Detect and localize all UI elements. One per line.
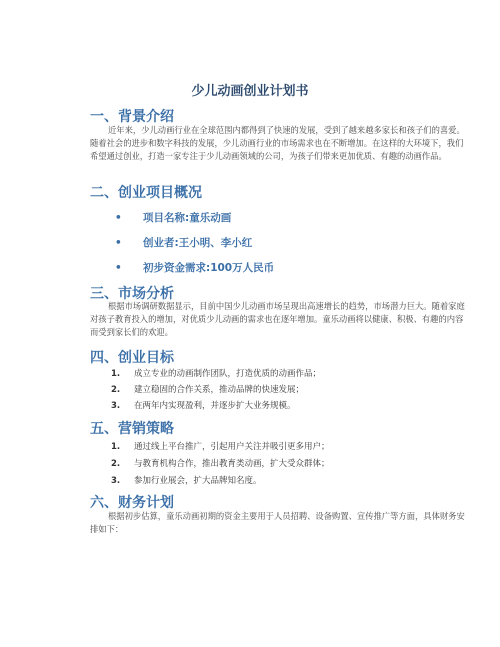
section-paragraph-market-analysis: 根据市场调研数据显示，目前中国少儿动画市场呈现出高速增长的趋势，市场潜力巨大。随… <box>90 300 465 339</box>
bullet-text: 项目名称:童乐动画 <box>143 212 231 224</box>
list-text: 与教育机构合作，推出教育类动画，扩大受众群体； <box>134 459 330 469</box>
list-number: 3. <box>111 476 134 486</box>
list-item: 1.成立专业的动画制作团队，打造优质的动画作品； <box>111 367 321 379</box>
section-heading-finance: 六、财务计划 <box>90 492 174 512</box>
list-item: •创业者:王小明、李小红 <box>115 235 252 250</box>
list-number: 3. <box>111 401 134 411</box>
list-text: 成立专业的动画制作团队，打造优质的动画作品； <box>134 369 321 379</box>
list-item: 2.建立稳固的合作关系，推动品牌的快速发展； <box>111 383 304 395</box>
section-heading-project-overview: 二、创业项目概况 <box>90 182 202 202</box>
list-item: 3.在两年内实现盈利，并逐步扩大业务规模。 <box>111 399 296 411</box>
bullet-text: 初步资金需求:100万人民币 <box>143 262 274 274</box>
bullet-text: 创业者:王小明、李小红 <box>143 237 252 249</box>
section-paragraph-background: 近年来，少儿动画行业在全球范围内都得到了快速的发展，受到了越来越多家长和孩子们的… <box>90 124 465 163</box>
section-heading-background: 一、背景介绍 <box>90 106 174 126</box>
list-number: 2. <box>111 385 134 395</box>
bullet-icon: • <box>115 237 143 249</box>
bullet-icon: • <box>115 212 143 224</box>
list-item: •初步资金需求:100万人民币 <box>115 260 274 275</box>
section-paragraph-finance: 根据初步估算，童乐动画初期的资金主要用于人员招聘、设备购置、宣传推广等方面，具体… <box>90 510 465 536</box>
list-item: •项目名称:童乐动画 <box>115 210 231 225</box>
section-heading-marketing: 五、营销策略 <box>90 418 174 438</box>
section-heading-goals: 四、创业目标 <box>90 347 174 367</box>
list-number: 2. <box>111 459 134 469</box>
list-text: 参加行业展会，扩大品牌知名度。 <box>134 476 262 486</box>
list-item: 1.通过线上平台推广，引起用户关注并吸引更多用户； <box>111 440 330 452</box>
document-page: 少儿动画创业计划书 一、背景介绍 近年来，少儿动画行业在全球范围内都得到了快速的… <box>0 0 500 647</box>
document-title: 少儿动画创业计划书 <box>0 80 500 99</box>
list-text: 在两年内实现盈利，并逐步扩大业务规模。 <box>134 401 296 411</box>
list-item: 2.与教育机构合作，推出教育类动画，扩大受众群体； <box>111 457 330 469</box>
list-item: 3.参加行业展会，扩大品牌知名度。 <box>111 474 262 486</box>
list-number: 1. <box>111 442 134 452</box>
list-number: 1. <box>111 369 134 379</box>
bullet-icon: • <box>115 262 143 274</box>
list-text: 通过线上平台推广，引起用户关注并吸引更多用户； <box>134 442 330 452</box>
list-text: 建立稳固的合作关系，推动品牌的快速发展； <box>134 385 304 395</box>
